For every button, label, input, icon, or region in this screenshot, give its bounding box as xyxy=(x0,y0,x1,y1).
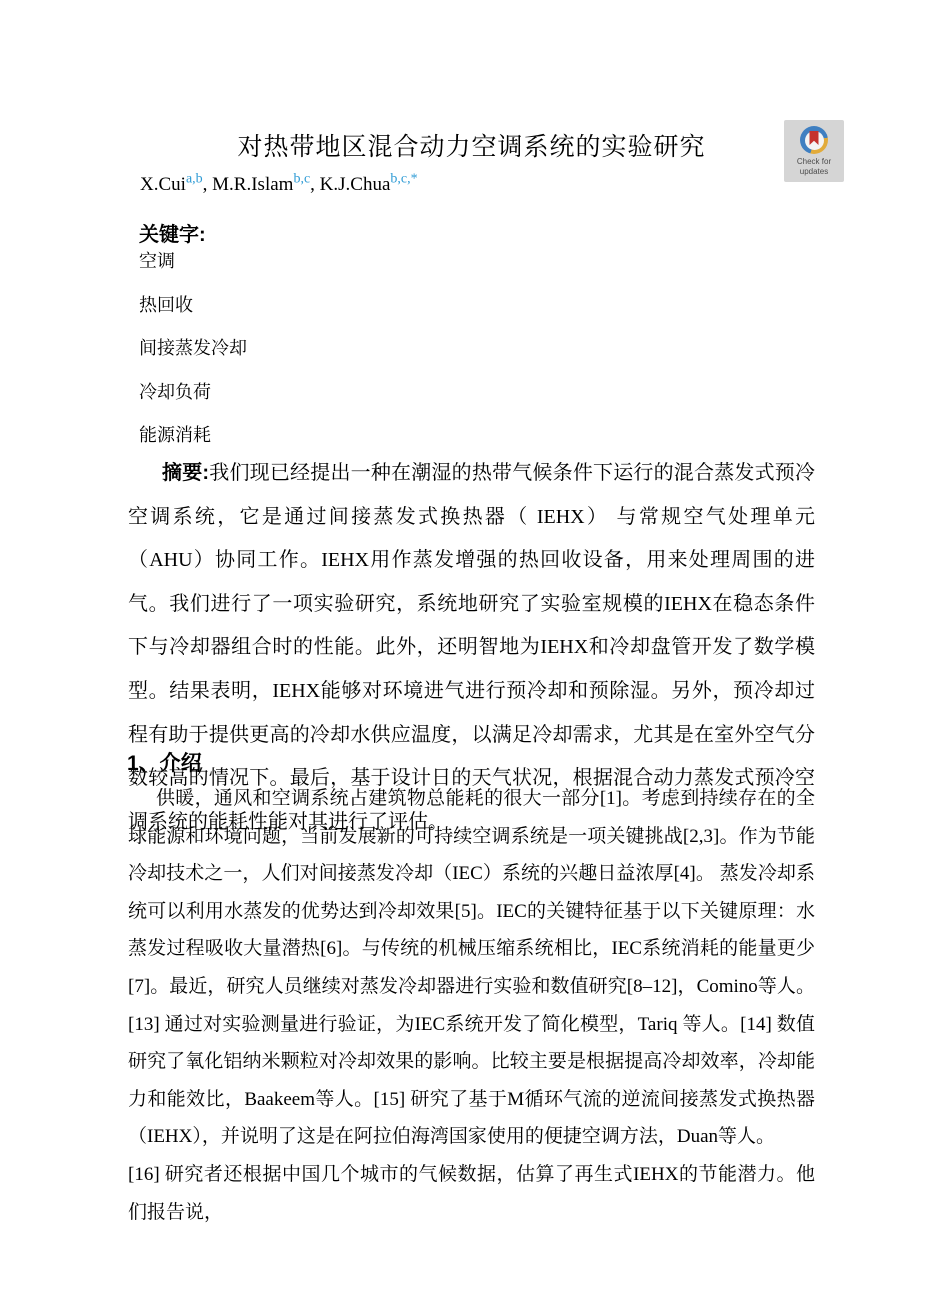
keyword-item: 冷却负荷 xyxy=(139,371,247,415)
badge-label-line2: updates xyxy=(797,167,831,177)
introduction-paragraph-2: [16] 研究者还根据中国几个城市的气候数据，估算了再生式IEHX的节能潜力。他… xyxy=(128,1156,815,1231)
section-heading-introduction: 1、介绍 xyxy=(127,747,202,777)
author-affiliation-superscript: b,c xyxy=(293,172,310,187)
check-for-updates-badge[interactable]: Check for updates xyxy=(784,120,844,182)
keywords-list: 空调 热回收 间接蒸发冷却 冷却负荷 能源消耗 xyxy=(139,240,247,458)
document-page: 对热带地区混合动力空调系统的实验研究 Check for updates X.C… xyxy=(0,0,926,1309)
introduction-body: 供暖，通风和空调系统占建筑物总能耗的很大一部分[1]。考虑到持续存在的全球能源和… xyxy=(128,780,815,1231)
bookmark-icon xyxy=(810,131,819,145)
abstract-label: 摘要: xyxy=(162,462,209,484)
keyword-item: 空调 xyxy=(139,240,247,284)
crossmark-logo-icon xyxy=(800,126,828,154)
author-separator: , xyxy=(203,174,213,195)
badge-label: Check for updates xyxy=(797,157,831,176)
author-name: M.R.Islam xyxy=(212,174,293,195)
author-affiliation-superscript: b,c,* xyxy=(390,172,417,187)
author-line: X.Cuia,b, M.R.Islamb,c, K.J.Chuab,c,* xyxy=(140,174,418,196)
abstract-text: 我们现已经提出一种在潮湿的热带气候条件下运行的混合蒸发式预冷空调系统，它是通过间… xyxy=(128,462,815,833)
author-name: K.J.Chua xyxy=(320,174,391,195)
author-affiliation-superscript: a,b xyxy=(186,172,203,187)
author-name: X.Cui xyxy=(140,174,186,195)
keyword-item: 热回收 xyxy=(139,284,247,328)
keyword-item: 能源消耗 xyxy=(139,414,247,458)
paper-title: 对热带地区混合动力空调系统的实验研究 xyxy=(128,127,815,163)
introduction-paragraph-1: 供暖，通风和空调系统占建筑物总能耗的很大一部分[1]。考虑到持续存在的全球能源和… xyxy=(128,780,815,1156)
keyword-item: 间接蒸发冷却 xyxy=(139,327,247,371)
author-separator: , xyxy=(310,174,320,195)
badge-label-line1: Check for xyxy=(797,157,831,167)
